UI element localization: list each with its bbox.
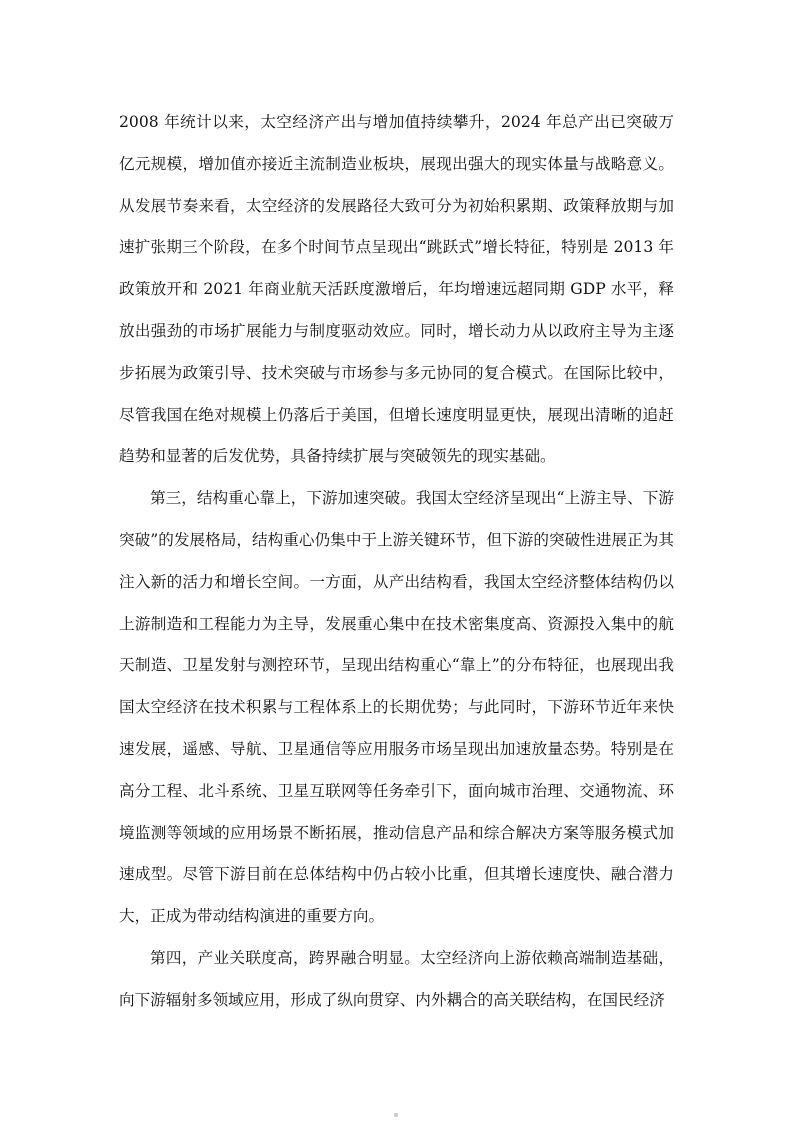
paragraph-growth-trend: 2008 年统计以来，太空经济产出与增加值持续攀升，2024 年总产出已突破万亿… <box>119 102 674 478</box>
document-page: 2008 年统计以来，太空经济产出与增加值持续攀升，2024 年总产出已突破万亿… <box>119 102 674 1022</box>
page-footer-dot <box>394 1113 398 1117</box>
paragraph-industry-linkage: 第四，产业关联度高，跨界融合明显。太空经济向上游依赖高端制造基础，向下游辐射多领… <box>119 938 674 1022</box>
paragraph-structure-upstream-downstream: 第三，结构重心靠上，下游加速突破。我国太空经济呈现出“上游主导、下游突破”的发展… <box>119 478 674 938</box>
